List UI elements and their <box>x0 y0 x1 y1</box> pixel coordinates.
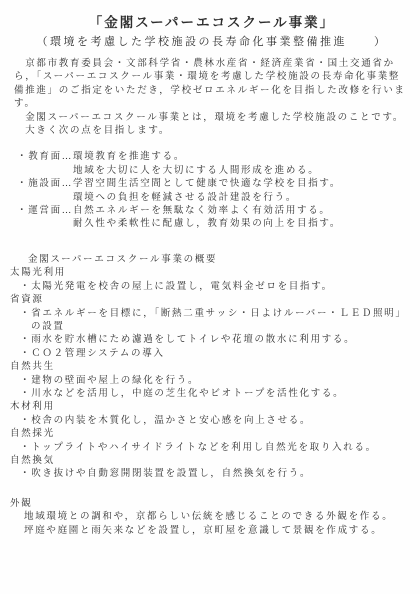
goal-lines: 環境教育を推進する。 地域を大切に人を大切にする人間形成を進める。 <box>73 151 319 178</box>
section-item: ・川水などを活用し，中庭の芝生化やビオトープを活性化する。 <box>20 388 414 401</box>
intro-line: 金閣スーパーエコスクール事業とは，環境を考慮した学校施設のことです。 <box>14 112 414 125</box>
intro-line: す。 <box>14 98 414 111</box>
intro-line: 大きく次の点を目指します。 <box>14 125 414 138</box>
section-title-natural-ventilation: 自然換気 <box>10 455 414 468</box>
exterior-line: 坪庭や庭園と雨矢来などを設置し，京町屋を意識して景観を作成する。 <box>24 525 414 538</box>
goal-line: 学習空間生活空間として健康で快適な学校を目指す。 <box>73 178 341 191</box>
goal-label: ・運営面… <box>17 205 73 232</box>
intro-line: ら，「スーパーエコスクール事業・環境を考慮した学校施設の長寿命化事業整 <box>14 71 414 84</box>
goal-lines: 学習空間生活空間として健康で快適な学校を目指す。 環境への負担を軽減させる設計建… <box>73 178 341 205</box>
section-title-resource-saving: 省資源 <box>10 294 414 307</box>
section-item: ・建物の壁面や屋上の緑化を行う。 <box>20 375 414 388</box>
section-title-wood-use: 木材利用 <box>10 401 414 414</box>
section-item: ・トップライトやハイサイドライトなどを利用し自然光を取り入れる。 <box>20 442 414 455</box>
goal-line: 環境への負担を軽減させる設計建設を行う。 <box>73 192 341 205</box>
section-item: ・ＣＯ２管理システムの導入 <box>20 348 414 361</box>
overview-heading: 金閣スーパーエコスクール事業の概要 <box>28 254 414 267</box>
overview-sections: 太陽光利用 ・太陽光発電を校舎の屋上に設置し，電気料金ゼロを目指す。 省資源 ・… <box>10 267 414 482</box>
goal-line: 地域を大切に人を大切にする人間形成を進める。 <box>73 165 319 178</box>
goal-item-education: ・教育面… 環境教育を推進する。 地域を大切に人を大切にする人間形成を進める。 <box>17 151 414 178</box>
goal-item-facility: ・施設面… 学習空間生活空間として健康で快適な学校を目指す。 環境への負担を軽減… <box>17 178 414 205</box>
goal-item-operation: ・運営面… 自然エネルギーを無駄なく効率よく有効活用する。 耐久性や柔軟性に配慮… <box>17 205 414 232</box>
goal-label: ・施設面… <box>17 178 73 205</box>
intro-line: 京都市教育委員会・文部科学省・農林水産省・経済産業省・国土交通省か <box>14 58 414 71</box>
exterior-section: 外観 地域環境との調和や，京都らしい伝統を感じることのできる外観を作る。 坪庭や… <box>10 498 414 538</box>
goal-line: 耐久性や柔軟性に配慮し，教育効果の向上を目指す。 <box>73 218 341 231</box>
section-title-nature-symbiosis: 自然共生 <box>10 361 414 374</box>
intro-line: 備推進」のご指定をいただき，学校ゼロエネルギー化を目指した改修を行いま <box>14 85 414 98</box>
section-item: ・吹き抜けや自動窓開閉装置を設置し，自然換気を行う。 <box>20 468 414 481</box>
goal-line: 自然エネルギーを無駄なく効率よく有効活用する。 <box>73 205 341 218</box>
goal-lines: 自然エネルギーを無駄なく効率よく有効活用する。 耐久性や柔軟性に配慮し，教育効果… <box>73 205 341 232</box>
document-page: 「金閣スーパーエコスクール事業」 （環境を考慮した学校施設の長寿命化事業整備推進… <box>0 0 420 594</box>
exterior-line: 地域環境との調和や，京都らしい伝統を感じることのできる外観を作る。 <box>24 511 414 524</box>
section-title-natural-lighting: 自然採光 <box>10 428 414 441</box>
goal-line: 環境教育を推進する。 <box>73 151 319 164</box>
section-item: ・雨水を貯水槽にため濾過をしてトイレや花壇の散水に利用する。 <box>20 334 414 347</box>
document-title: 「金閣スーパーエコスクール事業」 <box>10 14 414 32</box>
document-subtitle: （環境を考慮した学校施設の長寿命化事業整備推進 ） <box>10 35 414 50</box>
section-item: ・校舎の内装を木質化し，温かさと安心感を向上させる。 <box>20 415 414 428</box>
section-title-solar: 太陽光利用 <box>10 267 414 280</box>
goal-label: ・教育面… <box>17 151 73 178</box>
section-item: ・省エネルギーを目標に，「断熱二重サッシ・日よけルーバー・ＬＥＤ照明」 の設置 <box>20 308 414 335</box>
section-item: ・太陽光発電を校舎の屋上に設置し，電気料金ゼロを目指す。 <box>20 281 414 294</box>
section-title-exterior: 外観 <box>10 498 414 511</box>
intro-section: 京都市教育委員会・文部科学省・農林水産省・経済産業省・国土交通省か ら，「スーパ… <box>14 58 414 138</box>
goals-list: ・教育面… 環境教育を推進する。 地域を大切に人を大切にする人間形成を進める。 … <box>17 151 414 231</box>
